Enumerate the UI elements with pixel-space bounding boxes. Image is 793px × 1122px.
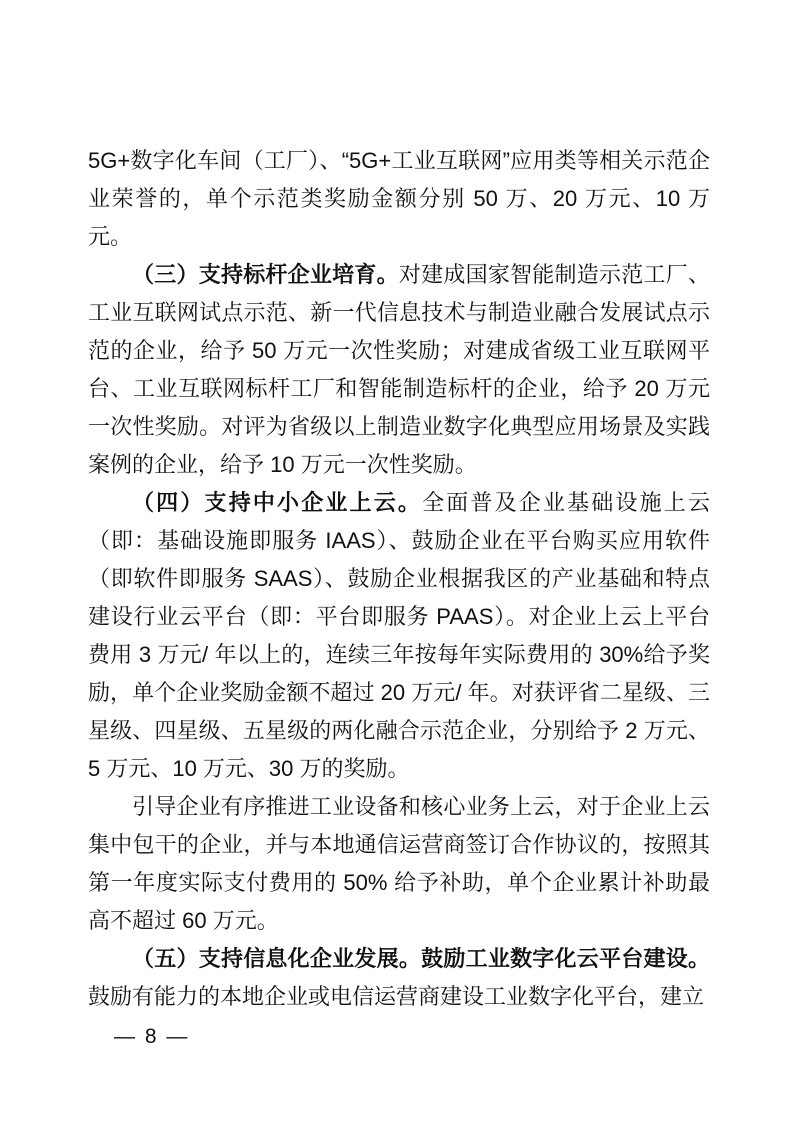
paragraph-item-3-text: 对建成国家智能制造示范工厂、工业互联网试点示范、新一代信息技术与制造业融合发展试… (88, 262, 710, 477)
paragraph-item-3: （三）支持标杆企业培育。对建成国家智能制造示范工厂、工业互联网试点示范、新一代信… (88, 256, 710, 484)
paragraph-continuation: 5G+数字化车间（工厂）、“5G+工业互联网”应用类等相关示范企业荣誉的，单个示… (88, 142, 710, 256)
paragraph-item-4-heading: （四）支持中小企业上云。 (132, 490, 422, 515)
paragraph-item-5-text: 鼓励有能力的本地企业或电信运营商建设工业数字化平台，建立 (88, 984, 704, 1009)
document-body: 5G+数字化车间（工厂）、“5G+工业互联网”应用类等相关示范企业荣誉的，单个示… (88, 142, 710, 1016)
paragraph-cloud-guidance-text: 引导企业有序推进工业设备和核心业务上云，对于企业上云集中包干的企业，并与本地通信… (88, 794, 710, 933)
document-page: 5G+数字化车间（工厂）、“5G+工业互联网”应用类等相关示范企业荣誉的，单个示… (0, 0, 793, 1122)
page-footer: — 8 — (114, 1022, 189, 1052)
paragraph-item-3-heading: （三）支持标杆企业培育。 (132, 262, 399, 287)
page-number: — 8 — (114, 1025, 189, 1048)
paragraph-item-5-heading: （五）支持信息化企业发展。鼓励工业数字化云平台建设。 (132, 946, 710, 971)
paragraph-cloud-guidance: 引导企业有序推进工业设备和核心业务上云，对于企业上云集中包干的企业，并与本地通信… (88, 788, 710, 940)
paragraph-continuation-text: 5G+数字化车间（工厂）、“5G+工业互联网”应用类等相关示范企业荣誉的，单个示… (88, 148, 710, 249)
paragraph-item-4: （四）支持中小企业上云。全面普及企业基础设施上云（即：基础设施即服务 IAAS）… (88, 484, 710, 788)
paragraph-item-4-text: 全面普及企业基础设施上云（即：基础设施即服务 IAAS）、鼓励企业在平台购买应用… (88, 490, 710, 781)
paragraph-item-5: （五）支持信息化企业发展。鼓励工业数字化云平台建设。鼓励有能力的本地企业或电信运… (88, 940, 710, 1016)
